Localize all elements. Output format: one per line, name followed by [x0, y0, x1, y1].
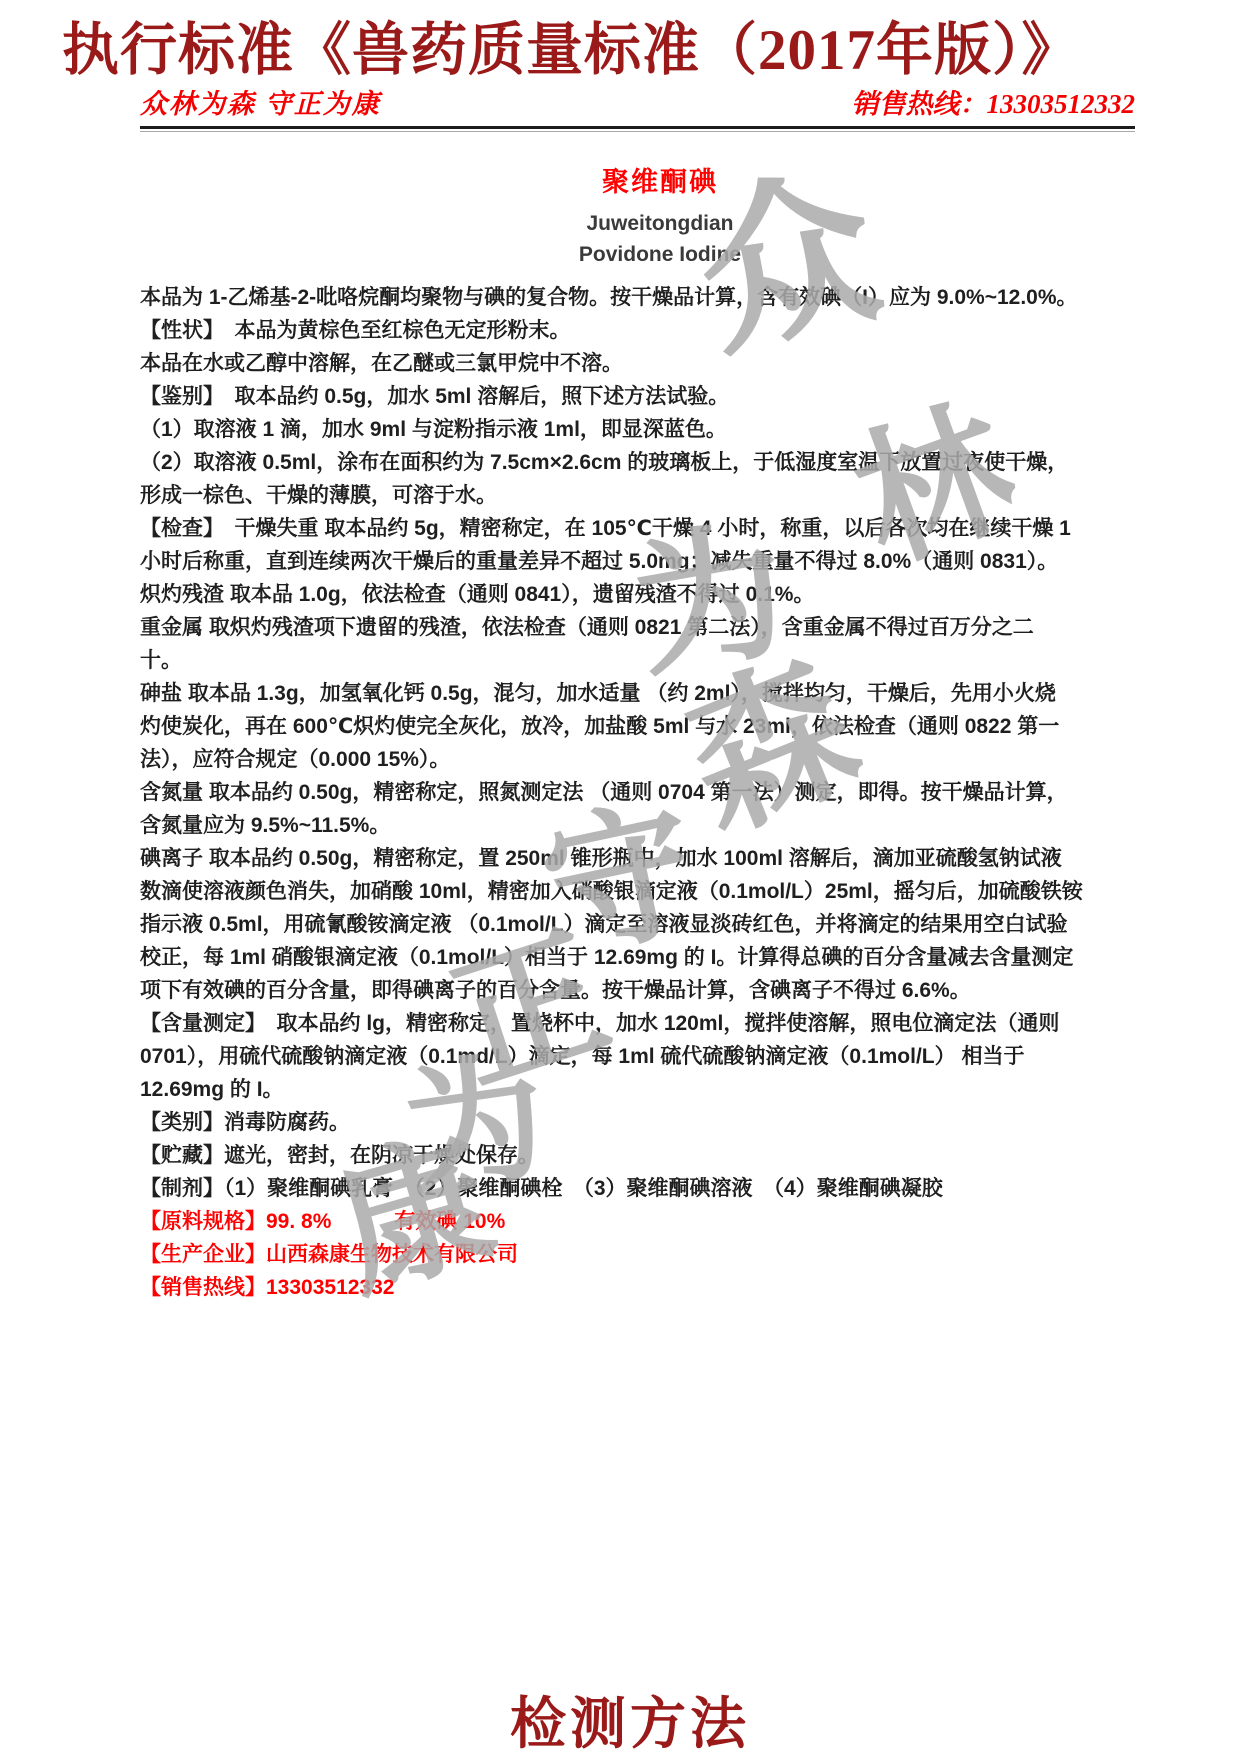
monograph-line: 【检查】 干燥失重 取本品约 5g，精密称定，在 105℃干燥 4 小时，称重，…	[140, 512, 1185, 545]
page-title: 执行标准《兽药质量标准（2017年版）》	[62, 4, 1182, 86]
monograph-line: 含氮量应为 9.5%~11.5%。	[140, 809, 1185, 842]
monograph-line: 【类别】消毒防腐药。	[140, 1106, 1185, 1139]
monograph-line: 指示液 0.5ml，用硫氰酸铵滴定液 （0.1mol/L）滴定至溶液显淡砖红色，…	[140, 908, 1185, 941]
monograph-line: 炽灼残渣 取本品 1.0g，依法检查（通则 0841），遗留残渣不得过 0.1%…	[140, 578, 1185, 611]
monograph-line: 含氮量 取本品约 0.50g，精密称定，照氮测定法 （通则 0704 第一法）测…	[140, 776, 1185, 809]
monograph-line: 【贮藏】遮光，密封，在阴凉干燥处保存。	[140, 1139, 1185, 1172]
product-name-cn: 聚维酮碘	[140, 160, 1180, 199]
monograph-line: 形成一棕色、干燥的薄膜，可溶于水。	[140, 479, 1185, 512]
monograph-line: 数滴使溶液颜色消失，加硝酸 10ml，精密加入硝酸银滴定液（0.1mol/L）2…	[140, 875, 1185, 908]
header-divider	[140, 126, 1135, 132]
header-subline: 众林为森 守正为康 销售热线：13303512332	[140, 82, 1135, 121]
monograph-line: 重金属 取炽灼残渣项下遗留的残渣，依法检查（通则 0821 第二法），含重金属不…	[140, 611, 1185, 644]
monograph-line: 本品在水或乙醇中溶解，在乙醚或三氯甲烷中不溶。	[140, 347, 1185, 380]
sales-hotline-line: 【销售热线】13303512332	[140, 1271, 1185, 1304]
monograph-line: 【性状】 本品为黄棕色至红棕色无定形粉末。	[140, 314, 1185, 347]
monograph-line: 【制剂】（1）聚维酮碘乳膏 （2）聚维酮碘栓 （3）聚维酮碘溶液 （4）聚维酮碘…	[140, 1172, 1185, 1205]
manufacturer-line: 【生产企业】山西森康生物技术有限公司	[140, 1238, 1185, 1271]
monograph-line: （2）取溶液 0.5ml，涂布在面积约为 7.5cm×2.6cm 的玻璃板上，于…	[140, 446, 1185, 479]
product-name-en: Povidone Iodine	[140, 243, 1180, 267]
document-page: 执行标准《兽药质量标准（2017年版）》 众林为森 守正为康 销售热线：1330…	[0, 0, 1240, 1754]
monograph-body: 本品为 1-乙烯基-2-吡咯烷酮均聚物与碘的复合物。按干燥品计算，含有效碘（I）…	[140, 281, 1185, 1304]
monograph-line: 十。	[140, 644, 1185, 677]
monograph-line: 砷盐 取本品 1.3g，加氢氧化钙 0.5g，混匀，加水适量 （约 2ml），搅…	[140, 677, 1185, 710]
header-hotline: 销售热线：13303512332	[852, 82, 1136, 121]
section-title-detection-method: 检测方法	[140, 1680, 1120, 1754]
monograph-line: 灼使炭化，再在 600℃炽灼使完全灰化，放冷，加盐酸 5ml 与水 23ml，依…	[140, 710, 1185, 743]
monograph-line: 【含量测定】 取本品约 lg，精密称定，置烧杯中，加水 120ml，搅拌使溶解，…	[140, 1007, 1185, 1040]
monograph-line: 0701），用硫代硫酸钠滴定液（0.1md/L）滴定，每 1ml 硫代硫酸钠滴定…	[140, 1040, 1185, 1073]
monograph-line: 校正，每 1ml 硝酸银滴定液（0.1mol/L）相当于 12.69mg 的 I…	[140, 941, 1185, 974]
monograph-line: 法），应符合规定（0.000 15%）。	[140, 743, 1185, 776]
monograph-line: 本品为 1-乙烯基-2-吡咯烷酮均聚物与碘的复合物。按干燥品计算，含有效碘（I）…	[140, 281, 1185, 314]
company-slogan: 众林为森 守正为康	[140, 82, 381, 121]
monograph-line: 碘离子 取本品约 0.50g，精密称定，置 250ml 锥形瓶中，加水 100m…	[140, 842, 1185, 875]
monograph-line: （1）取溶液 1 滴，加水 9ml 与淀粉指示液 1ml，即显深蓝色。	[140, 413, 1185, 446]
monograph-line: 项下有效碘的百分含量，即得碘离子的百分含量。按干燥品计算，含碘离子不得过 6.6…	[140, 974, 1185, 1007]
monograph-line: 小时后称重，直到连续两次干燥后的重量差异不超过 5.0mg；减失重量不得过 8.…	[140, 545, 1185, 578]
monograph-line: 12.69mg 的 I。	[140, 1073, 1185, 1106]
product-pinyin: Juweitongdian	[140, 212, 1180, 236]
raw-material-spec-line: 【原料规格】99. 8% 有效碘 10%	[140, 1205, 1185, 1238]
monograph-line: 【鉴别】 取本品约 0.5g，加水 5ml 溶解后，照下述方法试验。	[140, 380, 1185, 413]
